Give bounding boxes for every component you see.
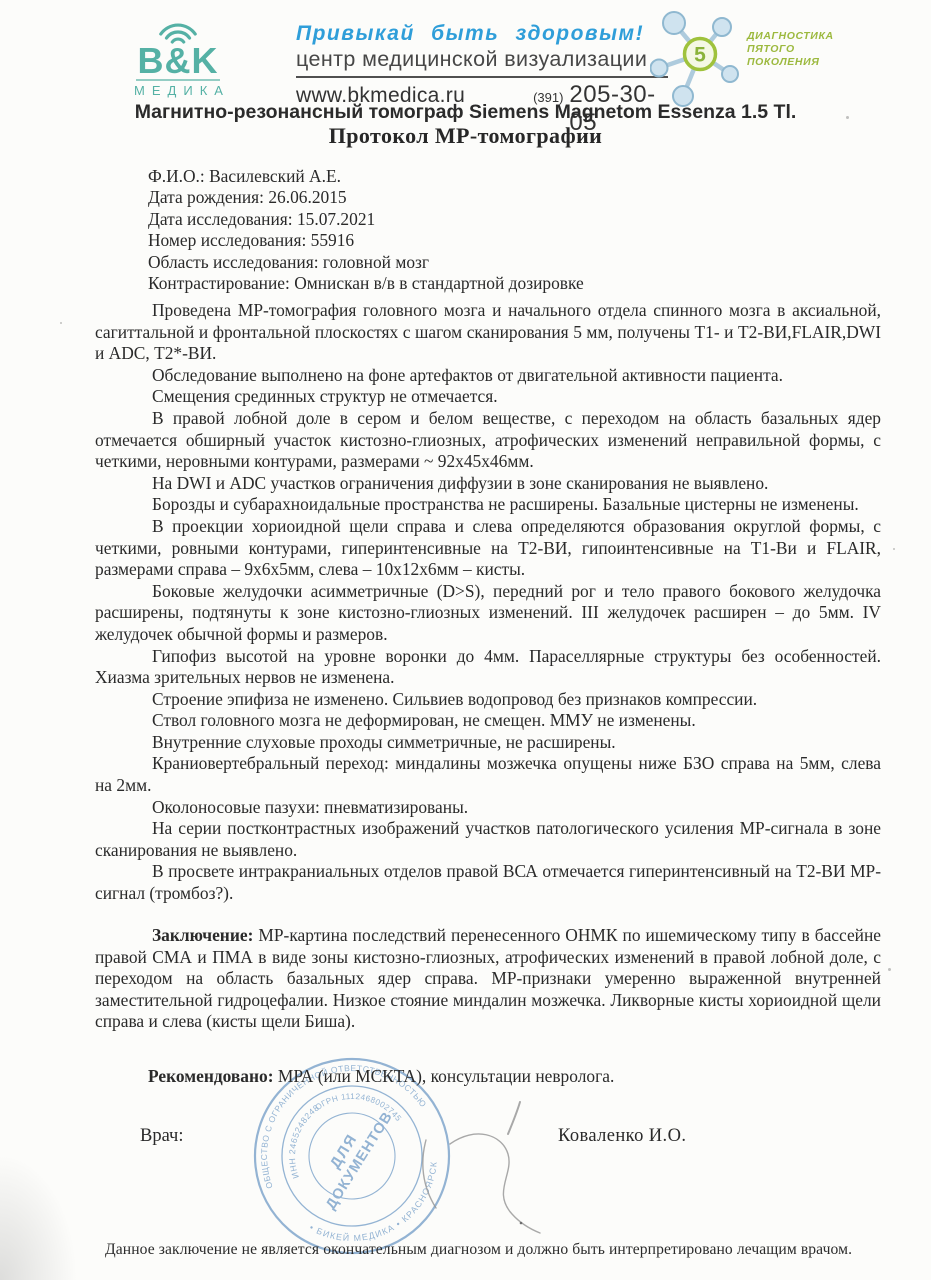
report-paragraph: В проекции хориоидной щели справа и слев… bbox=[95, 516, 881, 581]
scan-smudge bbox=[0, 1150, 80, 1280]
patient-info-line: Номер исследования: 55916 bbox=[148, 230, 584, 251]
signoff-row: Врач: Коваленко И.О. bbox=[95, 1126, 881, 1154]
recommendation-text: МРА (или МСКТА), консультации невролога. bbox=[278, 1066, 614, 1086]
report-paragraph: Боковые желудочки асимметричные (D>S), п… bbox=[95, 581, 881, 646]
scan-speck bbox=[888, 968, 891, 971]
report-paragraph: Ствол головного мозга не деформирован, н… bbox=[95, 710, 881, 732]
badge-caption-line: ДИАГНОСТИКА bbox=[747, 30, 834, 43]
brand-text: B&K bbox=[138, 40, 219, 81]
doctor-signature bbox=[420, 1082, 660, 1252]
patient-info-line: Дата рождения: 26.06.2015 bbox=[148, 187, 584, 208]
report-paragraph: Гипофиз высотой на уровне воронки до 4мм… bbox=[95, 646, 881, 689]
patient-info-line: Ф.И.О.: Василевский А.Е. bbox=[148, 166, 584, 187]
report-paragraph: На DWI и ADC участков ограничения диффуз… bbox=[95, 473, 881, 495]
tagline: Привыкай быть здоровым! bbox=[296, 22, 668, 46]
report-paragraph: Внутренние слуховые проходы симметричные… bbox=[95, 732, 881, 754]
doctor-name: Коваленко И.О. bbox=[558, 1126, 686, 1147]
badge-caption-line: ПОКОЛЕНИЯ bbox=[747, 56, 834, 69]
bk-medika-logo: B&K МЕДИКА bbox=[98, 10, 258, 102]
conclusion-paragraph: Заключение: МР-картина последствий перен… bbox=[95, 925, 881, 1033]
report-paragraph: Обследование выполнено на фоне артефакто… bbox=[95, 365, 881, 387]
header-divider bbox=[296, 76, 668, 78]
report-paragraph: В просвете интракраниальных отделов прав… bbox=[95, 861, 881, 904]
ink-speck bbox=[520, 1222, 523, 1225]
badge-number: 5 bbox=[694, 44, 706, 67]
brand-subtext: МЕДИКА bbox=[134, 83, 230, 98]
report-paragraph: Проведена МР-томография головного мозга … bbox=[95, 300, 881, 365]
report-paragraph: Борозды и субарахноидальные пространства… bbox=[95, 494, 881, 516]
report-body: Проведена МР-томография головного мозга … bbox=[95, 300, 881, 905]
scan-speck bbox=[893, 548, 895, 550]
bk-medika-logo-graphic: B&K МЕДИКА bbox=[98, 10, 258, 102]
report-paragraph: Смещения срединных структур не отмечаетс… bbox=[95, 386, 881, 408]
badge-caption-line: ПЯТОГО bbox=[747, 43, 834, 56]
report-paragraph: Околоносовые пазухи: пневматизированы. bbox=[95, 797, 881, 819]
scan-speck bbox=[60, 322, 62, 324]
recommendation-label: Рекомендовано: bbox=[148, 1066, 274, 1086]
document-page: B&K МЕДИКА Привыкай быть здоровым! центр… bbox=[0, 0, 931, 1280]
document-title: Магнитно-резонансный томограф Siemens Ma… bbox=[0, 101, 931, 124]
center-subtitle: центр медицинской визуализации bbox=[296, 47, 668, 72]
patient-info-line: Контрастирование: Омнискан в/в в стандар… bbox=[148, 273, 584, 294]
protocol-title: Протокол МР-томографии bbox=[0, 123, 931, 149]
disclaimer-text: Данное заключение не является окончатель… bbox=[105, 1241, 885, 1259]
doctor-label: Врач: bbox=[140, 1126, 184, 1147]
report-paragraph: В правой лобной доле в сером и белом вещ… bbox=[95, 408, 881, 473]
report-paragraph: Строение эпифиза не изменено. Сильвиев в… bbox=[95, 689, 881, 711]
badge-caption: ДИАГНОСТИКА ПЯТОГО ПОКОЛЕНИЯ bbox=[747, 30, 834, 69]
molecule-icon: 5 bbox=[650, 4, 750, 108]
patient-info-line: Область исследования: головной мозг bbox=[148, 252, 584, 273]
generation-badge: 5 ДИАГНОСТИКА ПЯТОГО ПОКОЛЕНИЯ bbox=[650, 4, 880, 108]
report-paragraph: На серии постконтрастных изображений уча… bbox=[95, 818, 881, 861]
recommendation-paragraph: Рекомендовано: МРА (или МСКТА), консульт… bbox=[95, 1066, 881, 1088]
patient-info-line: Дата исследования: 15.07.2021 bbox=[148, 209, 584, 230]
patient-info-block: Ф.И.О.: Василевский А.Е.Дата рождения: 2… bbox=[148, 166, 584, 294]
report-paragraph: Краниовертебральный переход: миндалины м… bbox=[95, 753, 881, 796]
conclusion-label: Заключение: bbox=[152, 925, 253, 945]
